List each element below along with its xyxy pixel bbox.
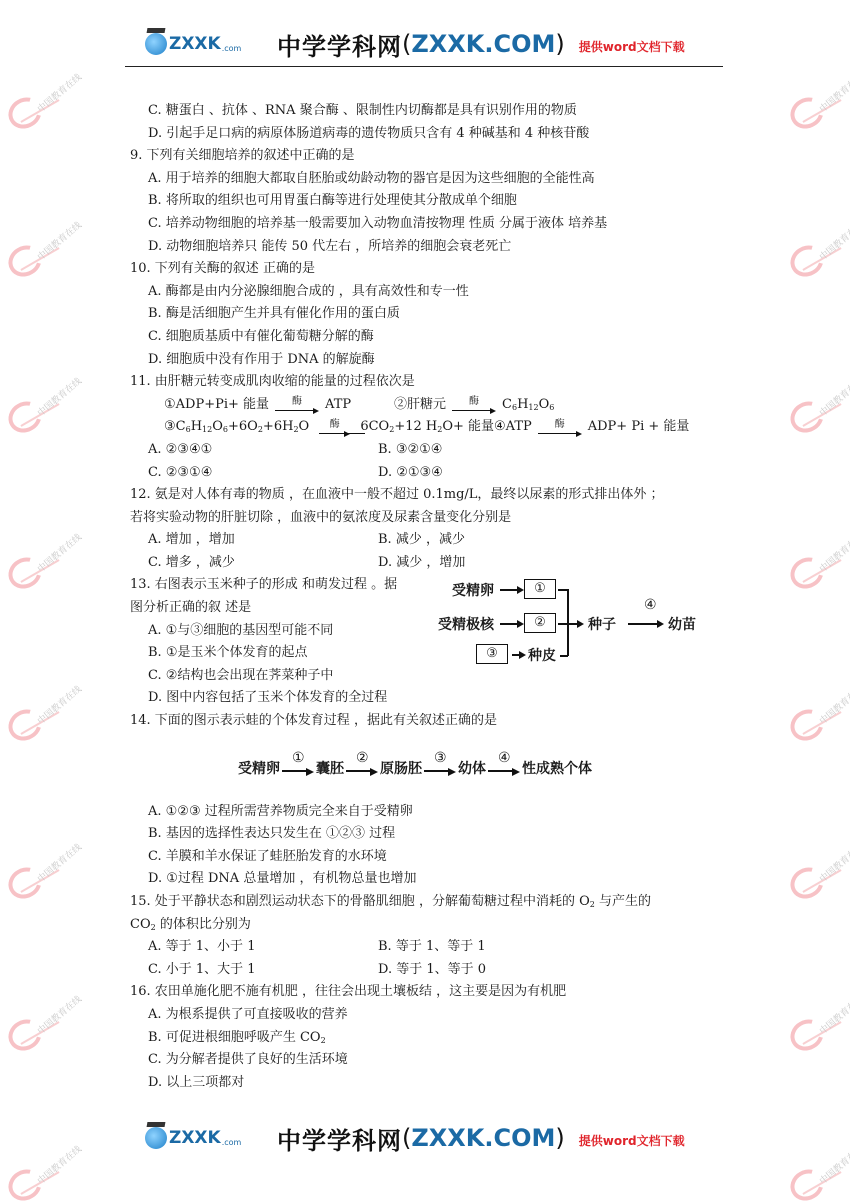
- arrow-icon: [628, 623, 662, 625]
- mascot-icon: [145, 33, 167, 55]
- q10-option-a: A. 酶都是由内分泌腺细胞合成的 ，具有高效性和专一性: [130, 281, 730, 304]
- q13-option-d: D. 图中内容包括了玉米个体发育的全过程: [130, 687, 730, 710]
- watermark-logo: 中国教育在线: [8, 858, 68, 898]
- q11-option-a: A. ②③④①: [148, 439, 378, 462]
- reaction-2: ②肝糖元 酶 C6H12O6: [394, 394, 554, 417]
- q15-options-row-1: A. 等于 1、小于 1 B. 等于 1、等于 1: [130, 936, 730, 959]
- arrow-icon: [370, 768, 378, 776]
- logo-suffix: .com: [222, 1138, 242, 1147]
- paren-open: (: [402, 1124, 411, 1152]
- box-2: ②: [524, 613, 556, 633]
- watermark-logo: 中国教育在线: [8, 548, 68, 588]
- step-2: ②: [344, 747, 380, 781]
- mascot-icon: [145, 1127, 167, 1149]
- q11-option-b: B. ③②①④: [378, 439, 608, 462]
- q12-option-d: D. 减少 ，增加: [378, 552, 608, 575]
- q11-reactions-row-2: ③C6H12O6+6O2+6H2O 酶 6CO2+12 H2O+ 能量 ④ATP…: [130, 416, 730, 439]
- reaction-4-products: ADP+ Pi + 能量: [588, 416, 690, 439]
- paren-close: ): [555, 30, 564, 58]
- label-seed: 种子: [588, 614, 616, 637]
- q14-option-c: C. 羊膜和羊水保证了蛙胚胎发育的水环境: [130, 846, 730, 869]
- q14-option-d: D. ①过程 DNA 总量增加 ，有机物总量也增加: [130, 868, 730, 891]
- q12-option-a: A. 增加 ，增加: [148, 529, 378, 552]
- watermark-logo: 中国教育在线: [790, 236, 850, 276]
- q10-option-c: C. 细胞质基质中有催化葡萄糖分解的酶: [130, 326, 730, 349]
- q15-option-b: B. 等于 1、等于 1: [378, 936, 608, 959]
- stage-larva: 幼体: [458, 758, 486, 781]
- reaction-4-reactants: ④ATP: [494, 416, 532, 439]
- q10-stem: 10. 下列有关酶的叙述 正确的是: [130, 258, 730, 281]
- arrow-icon: [568, 623, 582, 625]
- logo-text: ZXXK: [169, 34, 221, 54]
- arrow-icon: [500, 589, 522, 591]
- arrow-icon: [512, 768, 520, 776]
- q9-option-c: C. 培养动物细胞的培养基一般需要加入动物血清按物理 性质 分属于液体 培养基: [130, 213, 730, 236]
- tagline: 提供word文档下载: [579, 38, 685, 55]
- watermark-logo: 中国教育在线: [790, 1010, 850, 1050]
- stage-gastrula: 原肠胚: [380, 758, 422, 781]
- q14-option-b: B. 基因的选择性表达只发生在 ①②③ 过程: [130, 823, 730, 846]
- q15-option-c: C. 小于 1、大于 1: [148, 959, 378, 982]
- q12-options-row-2: C. 增多 ，减少 D. 减少 ，增加: [130, 552, 730, 575]
- watermark-logo: 中国教育在线: [790, 88, 850, 128]
- q16-option-a: A. 为根系提供了可直接吸收的营养: [130, 1004, 730, 1027]
- q12-option-c: C. 增多 ，减少: [148, 552, 378, 575]
- arrow-icon: [306, 768, 314, 776]
- corn-seed-diagram: 受精卵 ① 受精极核 ② ③ 种皮 种子 ④ 幼苗: [430, 574, 720, 674]
- enzyme-arrow-icon: 酶: [452, 397, 496, 413]
- reaction-2-reactants: ②肝糖元: [394, 394, 446, 417]
- label-fertilized-polar-nuclei: 受精极核: [438, 614, 494, 637]
- watermark-logo: 中国教育在线: [790, 700, 850, 740]
- watermark-logo: 中国教育在线: [8, 1160, 68, 1200]
- site-logo[interactable]: ZXXK .com: [145, 1123, 265, 1153]
- q11-reactions-row-1: ①ADP+Pi+ 能量 酶 ATP ②肝糖元 酶 C6H12O6: [130, 394, 730, 417]
- watermark-logo: 中国教育在线: [8, 700, 68, 740]
- reaction-1-reactants: ①ADP+Pi+ 能量: [164, 394, 269, 417]
- q15-option-d: D. 等于 1、等于 0: [378, 959, 608, 982]
- q14-option-a: A. ①②③ 过程所需营养物质完全来自于受精卵: [130, 801, 730, 824]
- q11-stem: 11. 由肝糖元转变成肌肉收缩的能量的过程依次是: [130, 371, 730, 394]
- watermark-logo: 中国教育在线: [8, 88, 68, 128]
- site-name: 中学学科网: [277, 27, 402, 62]
- q11-options-row-1: A. ②③④① B. ③②①④: [130, 439, 730, 462]
- header-banner: ZXXK .com 中学学科网 ( ZXXK.COM ) 提供word文档下载: [125, 24, 725, 64]
- q16-option-d: D. 以上三项都对: [130, 1072, 730, 1095]
- exam-content: C. 糖蛋白 、抗体 、RNA 聚合酶 、限制性内切酶都是具有识别作用的物质 D…: [130, 100, 730, 1094]
- step-4: ④: [486, 747, 522, 781]
- q9-option-d: D. 动物细胞培养只 能传 50 代左右 ，所培养的细胞会衰老死亡: [130, 236, 730, 259]
- q11-option-d: D. ②①③④: [378, 462, 608, 485]
- enzyme-arrow-icon: 酶: [538, 420, 582, 436]
- logo-text: ZXXK: [169, 1128, 221, 1148]
- watermark-logo: 中国教育在线: [8, 1010, 68, 1050]
- tagline: 提供word文档下载: [579, 1132, 685, 1149]
- label-seed-coat: 种皮: [528, 645, 556, 668]
- q13-block: 13. 右图表示玉米种子的形成 和萌发过程 。据 图分析正确的叙 述是 A. ①…: [130, 574, 730, 710]
- q15-option-a: A. 等于 1、小于 1: [148, 936, 378, 959]
- arrow-icon: [500, 623, 522, 625]
- q12-stem-line-1: 12. 氨是对人体有毒的物质 ，在血液中一般不超过 0.1mg/L，最终以尿素的…: [130, 484, 730, 507]
- q14-stem: 14. 下面的图示表示蛙的个体发育过程 ，据此有关叙述正确的是: [130, 710, 730, 733]
- q8-option-c: C. 糖蛋白 、抗体 、RNA 聚合酶 、限制性内切酶都是具有识别作用的物质: [130, 100, 730, 123]
- q8-option-d: D. 引起手足口病的病原体肠道病毒的遗传物质只含有 4 种碱基和 4 种核苷酸: [130, 123, 730, 146]
- paren-open: (: [402, 30, 411, 58]
- q9-option-b: B. 将所取的组织也可用胃蛋白酶等进行处理使其分散成单个细胞: [130, 190, 730, 213]
- watermark-logo: 中国教育在线: [790, 1160, 850, 1200]
- stage-blastula: 囊胚: [316, 758, 344, 781]
- step-1: ①: [280, 747, 316, 781]
- q15-stem-line-2: CO2 的体积比分别为: [130, 914, 730, 937]
- reaction-1-products: ATP: [325, 394, 351, 417]
- q9-stem: 9. 下列有关细胞培养的叙述中正确的是: [130, 145, 730, 168]
- q11-option-c: C. ②③①④: [148, 462, 378, 485]
- reaction-2-products: C6H12O6: [502, 394, 554, 417]
- logo-suffix: .com: [222, 44, 242, 53]
- q12-options-row-1: A. 增加 ，增加 B. 减少 ，减少: [130, 529, 730, 552]
- reaction-4: ④ATP 酶 ADP+ Pi + 能量: [494, 416, 689, 439]
- arrow-icon: [448, 768, 456, 776]
- reaction-1: ①ADP+Pi+ 能量 酶 ATP: [164, 394, 394, 417]
- q16-option-c: C. 为分解者提供了良好的生活环境: [130, 1049, 730, 1072]
- watermark-logo: 中国教育在线: [790, 392, 850, 432]
- q15-stem-line-1: 15. 处于平静状态和剧烈运动状态下的骨骼肌细胞 ，分解葡萄糖过程中消耗的 O2…: [130, 891, 730, 914]
- q9-option-a: A. 用于培养的细胞大都取自胚胎或幼龄动物的器官是因为这些细胞的全能性高: [130, 168, 730, 191]
- watermark-logo: 中国教育在线: [8, 392, 68, 432]
- paren-close: ): [555, 1124, 564, 1152]
- label-seedling: 幼苗: [668, 614, 696, 637]
- frog-development-diagram: 受精卵 ① 囊胚 ② 原肠胚 ③ 幼体 ④ 性成熟个体: [130, 733, 730, 801]
- q10-option-b: B. 酶是活细胞产生并具有催化作用的蛋白质: [130, 303, 730, 326]
- box-1: ①: [524, 579, 556, 599]
- site-domain[interactable]: ZXXK.COM: [411, 30, 555, 58]
- reaction-3: ③C6H12O6+6O2+6H2O 酶 6CO2+12 H2O+ 能量: [164, 416, 494, 439]
- box-3: ③: [476, 644, 508, 664]
- q12-stem-line-2: 若将实验动物的肝脏切除 ，血液中的氨浓度及尿素含量变化分别是: [130, 507, 730, 530]
- label-fertilized-egg: 受精卵: [452, 580, 494, 603]
- reaction-3-reactants: ③C6H12O6+6O2+6H2O: [164, 416, 309, 439]
- site-domain[interactable]: ZXXK.COM: [411, 1124, 555, 1152]
- enzyme-arrow-icon: 酶: [319, 420, 350, 436]
- step-3: ③: [422, 747, 458, 781]
- footer-banner: ZXXK .com 中学学科网 ( ZXXK.COM ) 提供word文档下载: [125, 1118, 725, 1158]
- step-4: ④: [644, 594, 657, 617]
- watermark-logo: 中国教育在线: [790, 548, 850, 588]
- q16-stem: 16. 农田单施化肥不施有机肥 ，往往会出现土壤板结 ，这主要是因为有机肥: [130, 981, 730, 1004]
- header-divider: [125, 66, 723, 67]
- enzyme-arrow-icon: 酶: [275, 397, 319, 413]
- arrow-icon: [512, 654, 524, 656]
- q16-option-b: B. 可促进根细胞呼吸产生 CO2: [130, 1027, 730, 1050]
- site-logo[interactable]: ZXXK .com: [145, 29, 265, 59]
- reaction-3-products: 6CO2+12 H2O+ 能量: [360, 416, 494, 439]
- q15-options-row-2: C. 小于 1、大于 1 D. 等于 1、等于 0: [130, 959, 730, 982]
- q10-option-d: D. 细胞质中没有作用于 DNA 的解旋酶: [130, 349, 730, 372]
- q12-option-b: B. 减少 ，减少: [378, 529, 608, 552]
- stage-fertilized-egg: 受精卵: [238, 758, 280, 781]
- watermark-logo: 中国教育在线: [790, 858, 850, 898]
- q11-options-row-2: C. ②③①④ D. ②①③④: [130, 462, 730, 485]
- watermark-logo: 中国教育在线: [8, 236, 68, 276]
- site-name: 中学学科网: [277, 1121, 402, 1156]
- stage-adult: 性成熟个体: [522, 758, 592, 781]
